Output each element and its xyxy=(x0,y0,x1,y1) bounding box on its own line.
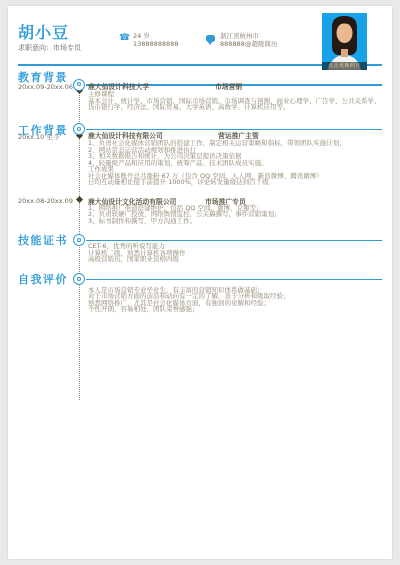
timeline-circle-icon xyxy=(73,273,85,285)
phone-value: 13888888888 xyxy=(133,40,179,48)
timeline-circle-icon xyxy=(73,123,85,135)
resume-sheet: 胡小豆 求职意向：市场专员 ☎ 24 岁 13888888888 浙江省杭州市 … xyxy=(8,6,392,559)
evaluation-rule xyxy=(86,279,382,281)
education-major: 市场营销 xyxy=(215,81,242,91)
age-value: 24 岁 xyxy=(133,32,150,40)
timeline-circle-icon xyxy=(73,79,85,91)
profile-photo[interactable]: 点击更换照片 xyxy=(322,13,367,70)
education-date: 20xx.09-20xx.06 xyxy=(18,83,73,91)
job2-bullet: 3、标书制作和撰写，甲方沟通工作。 xyxy=(88,218,196,225)
evaluation-item: 个性开朗，容易相处，团队荣誉感强； xyxy=(88,306,199,313)
section-title-evaluation: 自我评价 xyxy=(18,271,68,287)
skill-item: 高级营销员，国家职业资格四级 xyxy=(88,256,179,263)
phone-icon: ☎ xyxy=(119,34,130,43)
location-value: 浙江省杭州市 xyxy=(220,32,259,40)
job2-date: 20xx.08-20xx.09 xyxy=(18,197,73,205)
skills-rule xyxy=(86,240,382,242)
timeline-diamond-icon xyxy=(75,196,82,203)
section-title-skills: 技能证书 xyxy=(18,232,68,248)
message-icon xyxy=(206,35,215,42)
course-list: 基本会计、统计学、市场营销、国际市场营销、市场调查与预测、商业心理学、广告学、公… xyxy=(88,98,384,111)
photo-change-badge[interactable]: 点击更换照片 xyxy=(322,62,367,70)
job1-bullet: 4、轻量级产品和应用的策划，统筹产品、技术团队成员实施。 xyxy=(88,160,268,167)
job1-result: 日均互动量相比接手前提升 1000%，评论转发量级达到百千级 xyxy=(88,179,269,186)
resume-page: { "colors": { "accent": "#2f9bd7", "phot… xyxy=(0,0,400,565)
job-intention: 求职意向：市场专员 xyxy=(18,43,81,53)
candidate-name: 胡小豆 xyxy=(18,20,69,43)
timeline-circle-icon xyxy=(73,234,85,246)
email-value: 888888@超级简历 xyxy=(220,40,277,48)
job1-date: 20xx.10 至今 xyxy=(18,132,59,141)
